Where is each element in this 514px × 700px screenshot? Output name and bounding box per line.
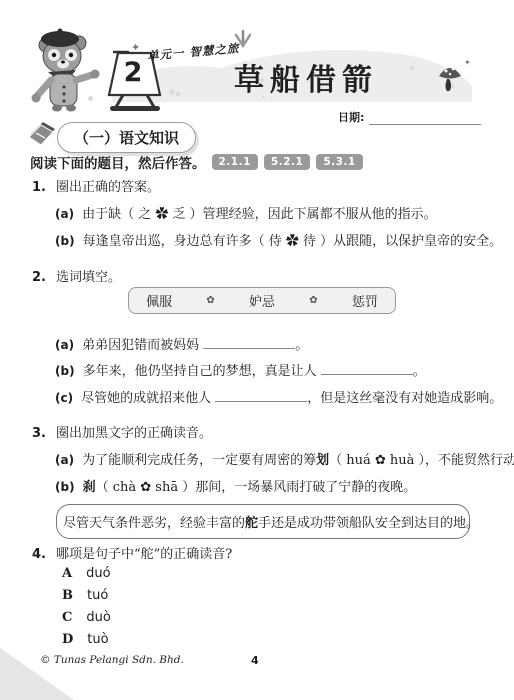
instruction-row: 阅读下面的题目，然后作答。 2.1.1 5.2.1 5.3.1 [30,152,363,172]
q1-prompt-text: 圈出正确的答案。 [56,180,160,195]
q2-number: 2. [32,270,46,285]
item-label: (c) [55,391,73,405]
section-title: （一）语文知识 [74,129,179,147]
q4-option-b[interactable]: Btuó [62,588,108,603]
curriculum-badge: 5.2.1 [264,154,310,170]
q2-prompt-text: 选词填空。 [56,270,121,285]
item-tail: 。 [295,338,308,353]
curriculum-badge: 2.1.1 [212,154,258,170]
decor-dot [262,96,265,99]
option-letter: B [62,588,73,603]
option-text: duó [86,566,110,581]
item-label: (b) [55,364,75,378]
fill-in-blank[interactable] [203,336,295,349]
item-tail: （ chà ✿ shā ）那间，一场暴风雨打破了宁静的夜晚。 [96,480,417,495]
mushroom-icon [436,62,464,94]
q1-prompt: 1.圈出正确的答案。 [32,176,160,195]
sentence-box: 尽管天气条件恶劣，经验丰富的舵手还是成功带领船队安全到达目的地。 [56,504,470,539]
sparkle-icon: ✦ [131,41,140,54]
q1-item-a: (a)由于缺（ 之 ✿ 乏 ）管理经验，因此下属都不服从他的指示。 [55,203,437,222]
q3-prompt-text: 圈出加黑文字的正确读音。 [56,426,212,441]
item-label: (b) [55,234,75,248]
q4-option-a[interactable]: Aduó [62,566,111,581]
item-text: 每逢皇帝出巡，身边总有许多（ 侍 ✿ 待 ）从跟随，以保护皇帝的安全。 [83,234,503,249]
item-label: (a) [55,453,74,467]
option-text: duò [86,610,110,625]
q4-number: 4. [32,547,46,562]
fill-in-blank[interactable] [321,362,413,375]
q1-item-b: (b)每逢皇帝出巡，身边总有许多（ 侍 ✿ 待 ）从跟随，以保护皇帝的安全。 [55,230,502,249]
q3-item-b: (b)刹（ chà ✿ shā ）那间，一场暴风雨打破了宁静的夜晚。 [55,476,416,495]
bold-character: 划 [316,453,329,468]
date-label: 日期: [338,109,364,125]
date-row: 日期: [338,109,481,125]
word-bank-word: 佩服 [146,291,172,310]
decor-dot [88,96,93,101]
grass-sprout-icon [233,29,253,49]
bold-character: 舵 [245,516,258,531]
item-tail: 。 [413,364,426,379]
word-bank-word: 惩罚 [352,291,378,310]
q4-option-c[interactable]: Cduò [62,610,111,625]
fill-in-blank[interactable] [215,389,307,402]
decor-dot [176,92,180,96]
q4-option-d[interactable]: Dtuò [62,632,109,647]
option-letter: D [62,632,73,647]
sentence-tail: 手还是成功带领船队安全到达目的地。 [258,516,479,531]
q3-prompt: 3.圈出加黑文字的正确读音。 [32,422,212,441]
instruction-text: 阅读下面的题目，然后作答。 [30,152,206,172]
item-label: (a) [55,338,74,352]
option-text: tuó [87,588,108,603]
item-text: 为了能顺利完成任务，一定要有周密的筹 [82,453,316,468]
bold-character: 刹 [83,480,96,495]
flower-separator-icon: ✿ [309,295,317,306]
q4-prompt-text: 哪项是句子中“舵”的正确读音? [56,547,232,562]
item-label: (a) [55,207,74,221]
q2-item-c: (c)尽管她的成就招来他人 ，但是这丝毫没有对她造成影响。 [55,387,502,406]
curriculum-badge: 5.3.1 [316,154,362,170]
worksheet-page: 2 ✦ ✦ 单元一 智慧之旅 草船借箭 日期: （一）语文知识 阅读下面的题目，… [0,0,514,700]
item-text: 多年来，他仍坚持自己的梦想，真是让人 [83,364,317,379]
flower-separator-icon: ✿ [206,295,214,306]
sparkle-icon: ✦ [464,58,471,67]
q3-number: 3. [32,426,46,441]
page-number: 4 [251,654,259,667]
item-text: 尽管她的成就招来他人 [81,391,211,406]
q2-item-b: (b)多年来，他仍坚持自己的梦想，真是让人 。 [55,360,426,379]
word-bank: 佩服 ✿ 妒忌 ✿ 惩罚 [128,287,396,314]
q4-prompt: 4.哪项是句子中“舵”的正确读音? [32,543,232,562]
option-letter: C [62,610,72,625]
option-letter: A [62,566,72,581]
section-title-pill: （一）语文知识 [57,122,196,153]
q1-number: 1. [32,180,46,195]
q3-item-a: (a)为了能顺利完成任务，一定要有周密的筹划（ huá ✿ huà ），不能贸然… [55,449,514,468]
date-input-line[interactable] [369,112,481,125]
sentence-text: 尽管天气条件恶劣，经验丰富的 [63,516,245,531]
item-text: 弟弟因犯错而被妈妈 [82,338,199,353]
item-tail: （ huá ✿ huà ），不能贸然行动。 [329,453,514,468]
option-text: tuò [87,632,108,647]
page-title: 草船借箭 [196,55,416,99]
books-icon [27,117,61,147]
item-text: 由于缺（ 之 ✿ 乏 ）管理经验，因此下属都不服从他的指示。 [82,207,437,222]
item-tail: ，但是这丝毫没有对她造成影响。 [307,391,502,406]
q2-item-a: (a)弟弟因犯错而被妈妈 。 [55,334,308,353]
corner-decoration [0,648,74,700]
q2-prompt: 2.选词填空。 [32,266,121,285]
word-bank-word: 妒忌 [249,291,275,310]
item-label: (b) [55,480,75,494]
